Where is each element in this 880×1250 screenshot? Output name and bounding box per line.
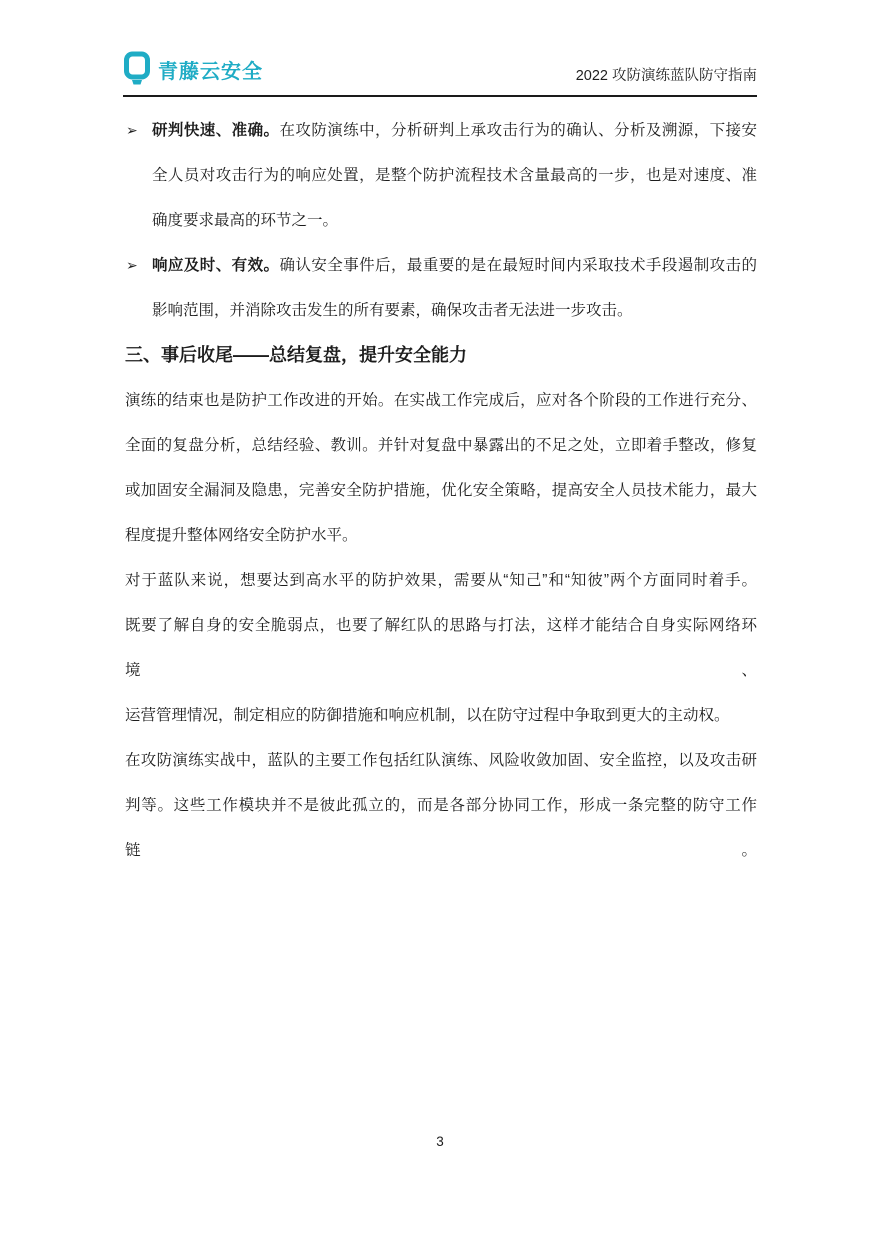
qingteng-logo-icon <box>123 51 151 87</box>
section-heading: 三、事后收尾——总结复盘，提升安全能力 <box>125 333 757 378</box>
bullet-item-line: 确度要求最高的环节之一。 <box>125 198 757 243</box>
bullet-body-text: 确度要求最高的环节之一。 <box>152 212 338 229</box>
company-logo-text: 青藤云安全 <box>158 55 263 84</box>
body-line: 对于蓝队来说，想要达到高水平的防护效果，需要从“知己”和“知彼”两个方面同时着手… <box>125 558 757 603</box>
bullet-item-line: 影响范围，并消除攻击发生的所有要素，确保攻击者无法进一步攻击。 <box>125 288 757 333</box>
bullet-body-text: 全人员对攻击行为的响应处置，是整个防护流程技术含量最高的一步，也是对速度、准 <box>152 167 757 184</box>
bullet-arrow-icon: ➢ <box>126 243 138 288</box>
bullet-item-line: ➢响应及时、有效。确认安全事件后，最重要的是在最短时间内采取技术手段遏制攻击的 <box>125 243 757 288</box>
body-line: 在攻防演练实战中，蓝队的主要工作包括红队演练、风险收敛加固、安全监控，以及攻击研 <box>125 738 757 783</box>
company-logo: 青藤云安全 <box>123 51 263 87</box>
body-line: 程度提升整体网络安全防护水平。 <box>125 513 757 558</box>
body-line: 既要了解自身的安全脆弱点，也要了解红队的思路与打法，这样才能结合自身实际网络环境… <box>125 603 757 693</box>
page-header: 青藤云安全 2022 攻防演练蓝队防守指南 <box>123 52 757 97</box>
document-page: 青藤云安全 2022 攻防演练蓝队防守指南 ➢研判快速、准确。在攻防演练中，分析… <box>0 0 880 1250</box>
body-line: 全面的复盘分析，总结经验、教训。并针对复盘中暴露出的不足之处，立即着手整改，修复 <box>125 423 757 468</box>
document-body: ➢研判快速、准确。在攻防演练中，分析研判上承攻击行为的确认、分析及溯源，下接安 … <box>125 108 757 873</box>
bullet-body-text: 确认安全事件后，最重要的是在最短时间内采取技术手段遏制攻击的 <box>279 257 757 274</box>
document-header-title: 2022 攻防演练蓝队防守指南 <box>576 64 757 87</box>
bullet-item-line: ➢研判快速、准确。在攻防演练中，分析研判上承攻击行为的确认、分析及溯源，下接安 <box>125 108 757 153</box>
body-line: 演练的结束也是防护工作改进的开始。在实战工作完成后，应对各个阶段的工作进行充分、 <box>125 378 757 423</box>
bullet-item-line: 全人员对攻击行为的响应处置，是整个防护流程技术含量最高的一步，也是对速度、准 <box>125 153 757 198</box>
bullet-lead-text: 研判快速、准确。 <box>152 122 279 139</box>
bullet-lead-text: 响应及时、有效。 <box>152 257 279 274</box>
body-line: 运营管理情况，制定相应的防御措施和响应机制，以在防守过程中争取到更大的主动权。 <box>125 693 757 738</box>
bullet-body-text: 影响范围，并消除攻击发生的所有要素，确保攻击者无法进一步攻击。 <box>152 302 633 319</box>
body-line: 判等。这些工作模块并不是彼此孤立的，而是各部分协同工作，形成一条完整的防守工作链… <box>125 783 757 873</box>
page-number: 3 <box>0 1134 880 1149</box>
body-line: 或加固安全漏洞及隐患，完善安全防护措施，优化安全策略，提高安全人员技术能力，最大 <box>125 468 757 513</box>
bullet-body-text: 在攻防演练中，分析研判上承攻击行为的确认、分析及溯源，下接安 <box>279 122 757 139</box>
bullet-arrow-icon: ➢ <box>126 108 138 153</box>
